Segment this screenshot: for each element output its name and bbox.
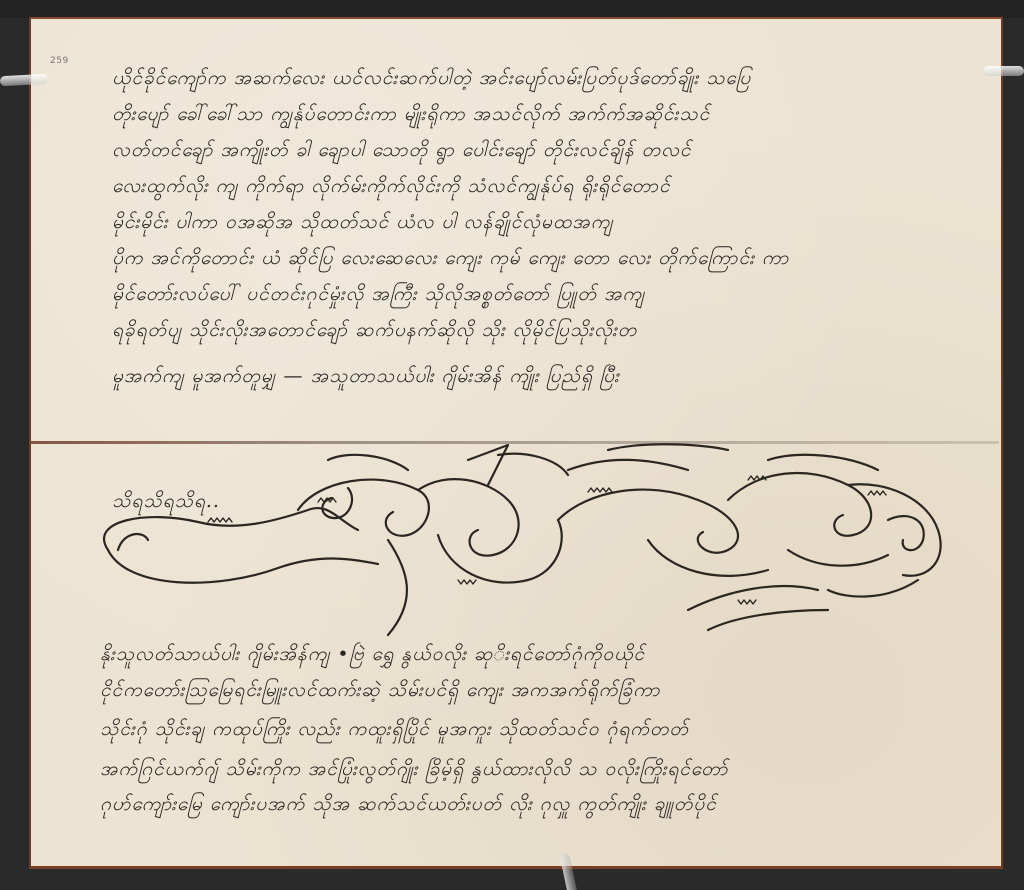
- lower-text-block: နိုးသူလတ်သာယ်ပါး ဂျိမ်းအိန်ကျ •ဗြဲ ရွှေ …: [100, 642, 970, 832]
- folio-number: 259: [50, 56, 69, 66]
- manuscript-line: ယိုင်ခိုင်ကျော်က အဆက်လေး ယင်လင်းဆက်ပါတဲ့…: [112, 66, 751, 94]
- manuscript-line: ငိုင်ကတော်းသြမြေရင်းမြူးလင်ထက်းဆဲ့ သိမ်း…: [100, 678, 661, 706]
- manuscript-line: သိုင်းဂုံ သိုင်းချ ကထုပ်ကြိုး လည်း ကထူးရ…: [100, 717, 689, 745]
- scan-background-top: [0, 0, 1024, 18]
- manuscript-line: မိုင်တော်းလပ်ပေါ် ပင်တင်းဂုင်မှုံးလို အက…: [112, 282, 645, 310]
- manuscript-line: မိုင်းမိုင်း ပါကာ ဝအဆိုအ သိုထတ်သင် ယံလ ပ…: [112, 210, 613, 238]
- manuscript-line: နိုးသူလတ်သာယ်ပါး ဂျိမ်းအိန်ကျ •ဗြဲ ရွှေ …: [100, 642, 645, 670]
- manuscript-line: ရခိုရတ်ပျ သိုင်းလိုးအတောင်ချော် ဆက်ပနက်ဆ…: [112, 318, 637, 346]
- ornamental-scroll-drawing: [88, 440, 978, 650]
- manuscript-line: မူအက်ကျ မူအက်တူမျှ — အသူတာသယ်ပါး ဂျိမ်းအ…: [112, 364, 620, 392]
- manuscript-line: တိုးပျော် ခေါ်ခေါ်သာ ကျွန်ုပ်တောင်းကာ မျ…: [112, 102, 710, 130]
- manuscript-line: လတ်တင်ချော် အကျိုးတ် ခါ ချောပါ သောတို ရွ…: [112, 138, 691, 166]
- mount-clip-right: [983, 66, 1024, 76]
- manuscript-line: ပိုက အင်ကိုတောင်း ယံ ဆိုင်ပြ လေးဆေလေး ကျ…: [112, 246, 789, 274]
- upper-text-block: ယိုင်ခိုင်ကျော်က အဆက်လေး ယင်လင်းဆက်ပါတဲ့…: [112, 66, 962, 406]
- manuscript-line: လေးထွက်လိုး ကျ ကိုက်ရာ လိုက်မ်းကိုက်လိုင…: [112, 174, 671, 202]
- manuscript-line: ဂုဟ်ကျော်းမြေ ကျော်းပအက် သိုအ ဆက်သင်ယတ်း…: [100, 792, 717, 820]
- manuscript-line: အက်ဂြင်ယက်ဂျ် သိမ်းကိုက အင်ပြုံးလွတ်ဂျို…: [100, 757, 728, 785]
